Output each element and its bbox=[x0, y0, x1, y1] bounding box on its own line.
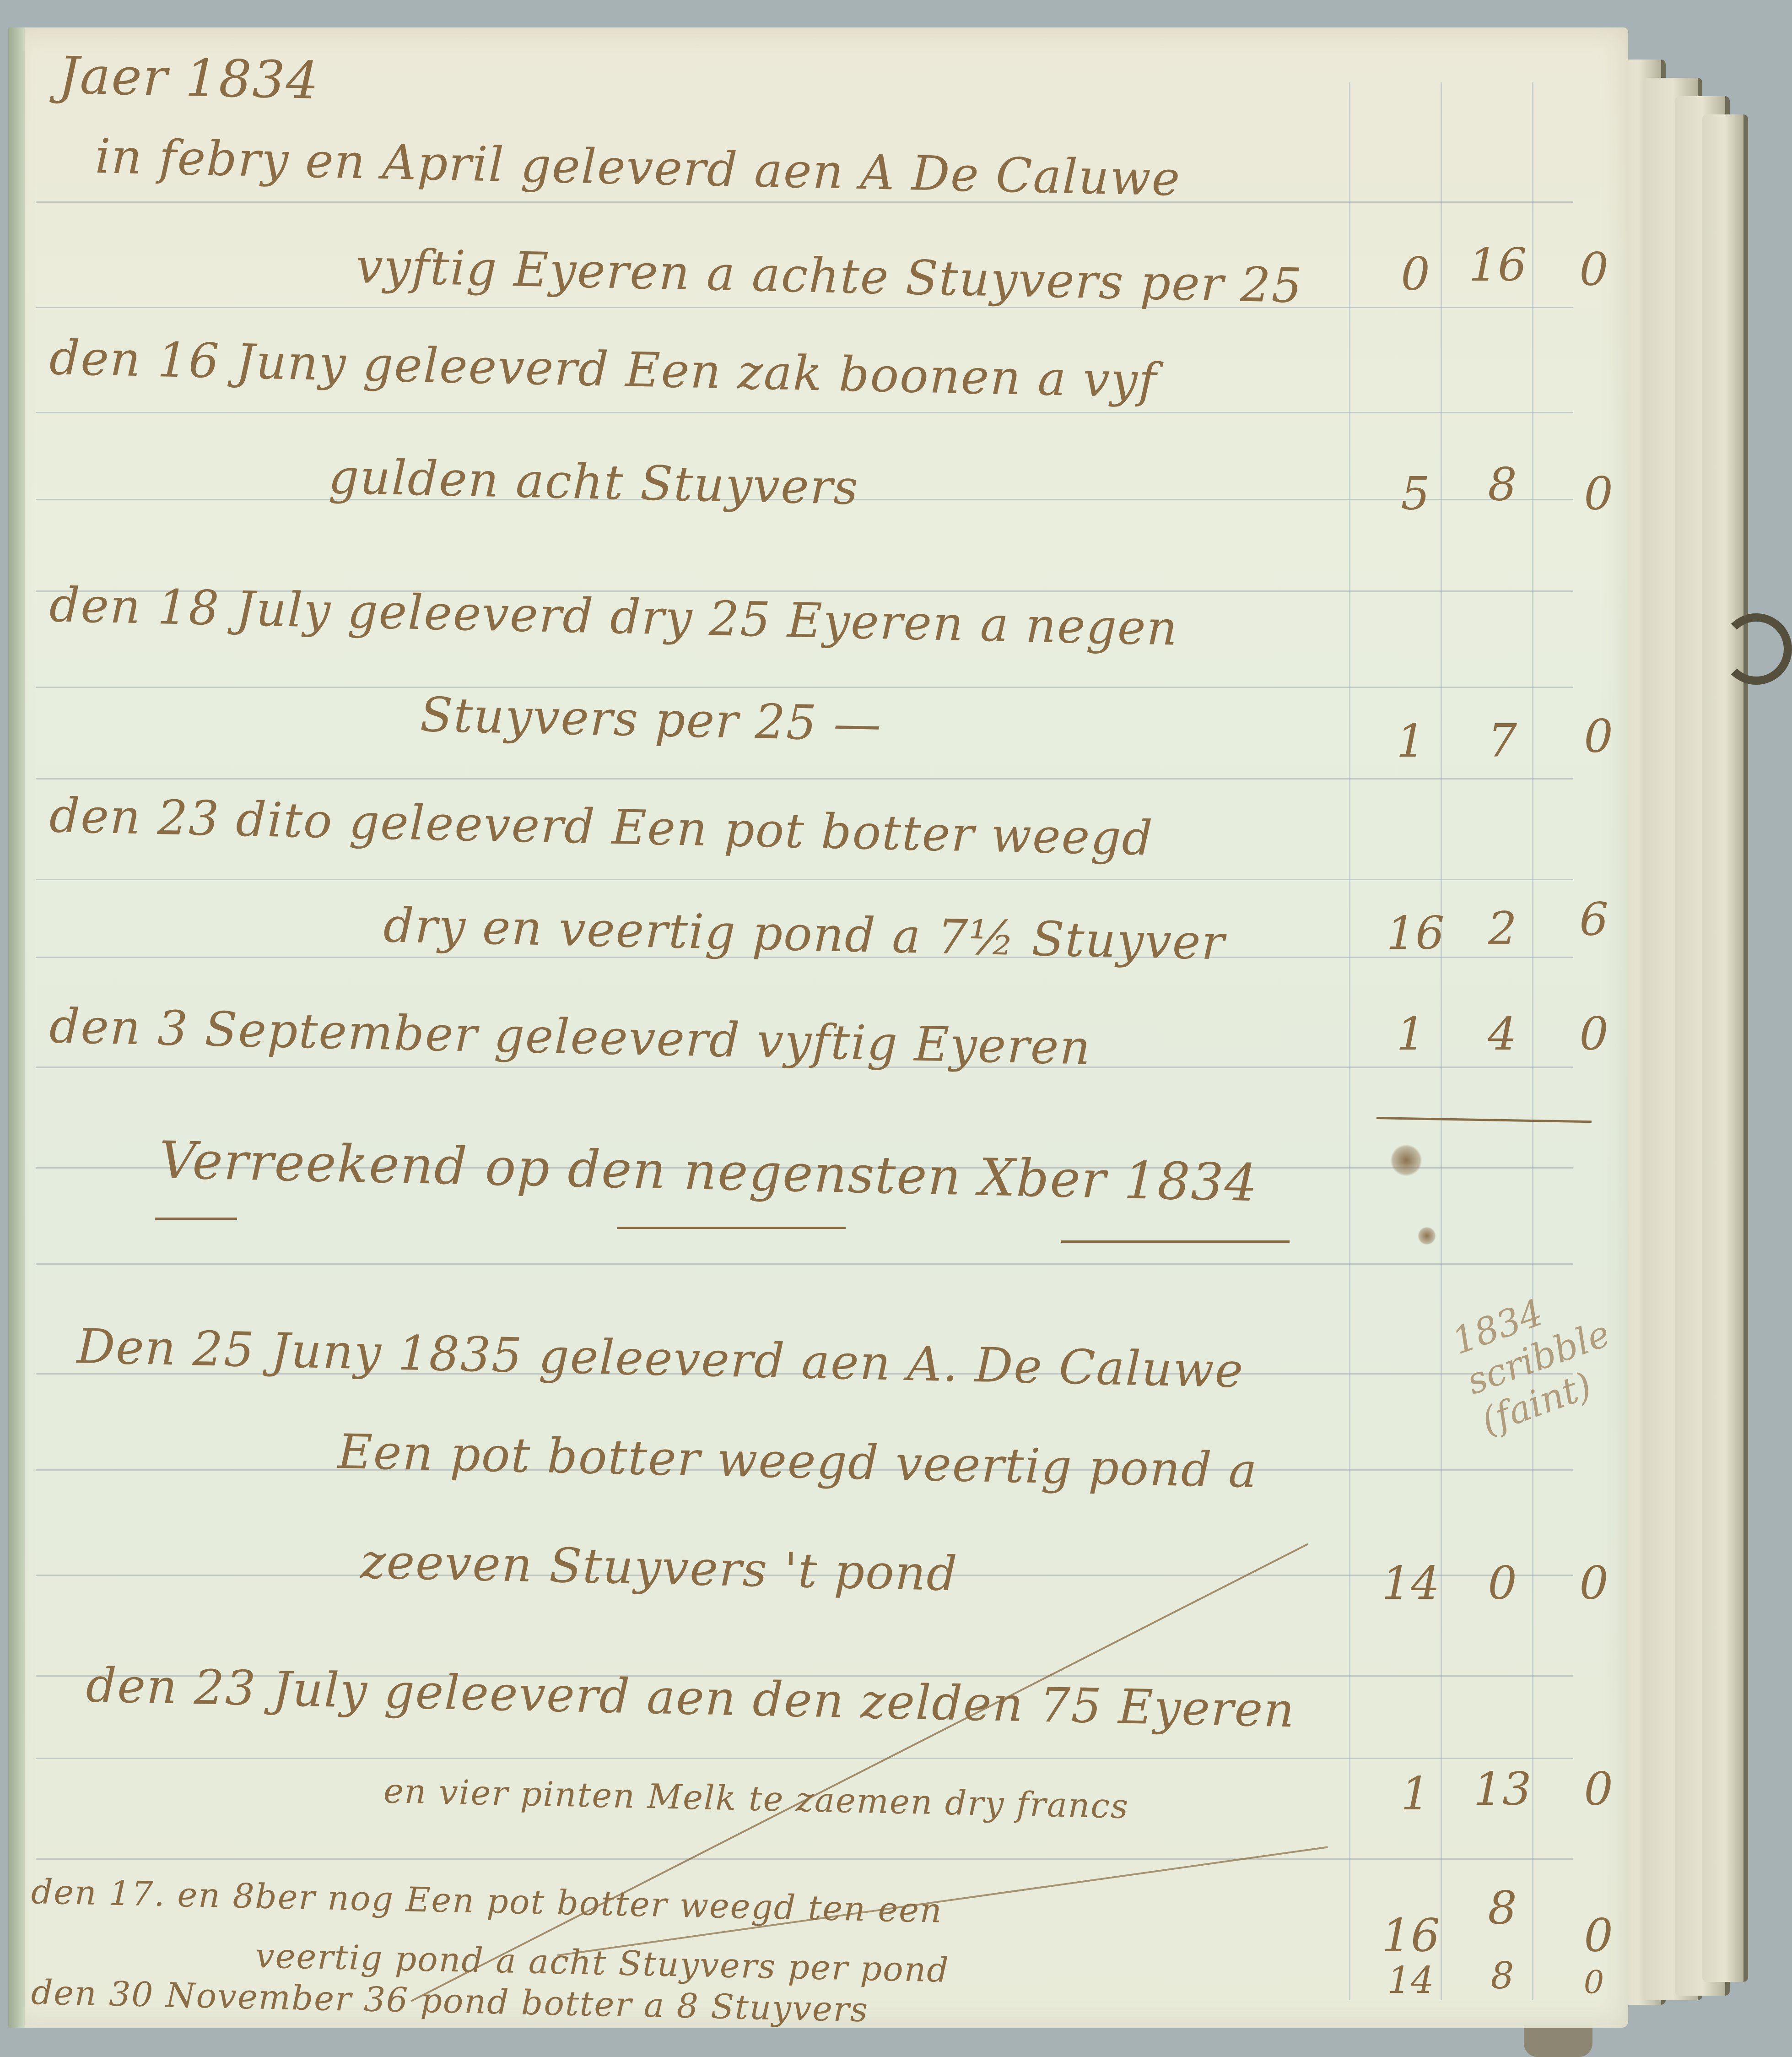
amount-column-rule bbox=[1349, 82, 1350, 2000]
separator-line bbox=[617, 1227, 846, 1229]
amount-stuivers: 2 bbox=[1463, 902, 1541, 955]
ink-blot bbox=[1418, 1227, 1436, 1245]
ruled-line bbox=[36, 778, 1573, 779]
amount-stuivers: 8 bbox=[1463, 1954, 1541, 1997]
amount-penningen: 0 bbox=[1560, 467, 1637, 520]
entry-line: Den 25 Juny 1835 geleeverd aen A. De Cal… bbox=[76, 1318, 1245, 1398]
amount-guilders: 1 bbox=[1372, 1007, 1450, 1061]
amount-stuivers: 4 bbox=[1463, 1007, 1541, 1061]
spine-gutter bbox=[8, 27, 25, 2028]
ink-blot bbox=[1390, 1144, 1422, 1176]
ruled-line bbox=[36, 687, 1573, 688]
amount-guilders: 5 bbox=[1376, 467, 1454, 520]
entry-line: Een pot botter weegd veertig pond a bbox=[337, 1424, 1258, 1499]
amount-stuivers: 16 bbox=[1459, 238, 1537, 292]
amount-stuivers: 8 bbox=[1463, 458, 1541, 511]
entry-line: gulden acht Stuyvers bbox=[328, 449, 860, 515]
amount-penningen: 0 bbox=[1555, 1964, 1633, 2001]
settlement-note: Verreekend op den negensten Xber 1834 bbox=[159, 1131, 1259, 1213]
entry-line: den 18 July geleeverd dry 25 Eyeren a ne… bbox=[49, 577, 1179, 656]
bottom-ribbon-tab bbox=[1524, 2023, 1592, 2057]
cancellation-stroke bbox=[410, 1543, 1308, 2002]
amount-penningen: 6 bbox=[1555, 893, 1633, 946]
amount-penningen: 0 bbox=[1560, 1762, 1637, 1816]
entry-line-struck: den 17. en 8ber nog Een pot botter weegd… bbox=[31, 1872, 943, 1931]
amount-penningen: 0 bbox=[1560, 709, 1637, 763]
ruled-line bbox=[36, 201, 1573, 203]
amount-guilders: 14 bbox=[1372, 1556, 1450, 1610]
amount-guilders: 14 bbox=[1372, 1959, 1450, 2002]
ruled-line bbox=[36, 412, 1573, 413]
ledger-page: Jaer 1834 in febry en April geleverd aen… bbox=[8, 27, 1628, 2028]
amount-penningen: 0 bbox=[1555, 1556, 1633, 1610]
ruled-line bbox=[36, 1858, 1573, 1860]
entry-line: Stuyvers per 25 — bbox=[420, 687, 883, 752]
binding-clasp bbox=[1721, 613, 1792, 685]
margin-scribble: 1834 scribble (faint) bbox=[1447, 1267, 1645, 1443]
ruled-line bbox=[36, 1263, 1573, 1265]
entry-line: den 23 July geleeverd aen den zelden 75 … bbox=[86, 1657, 1296, 1738]
page-title: Jaer 1834 bbox=[58, 46, 320, 111]
ruled-line bbox=[36, 879, 1573, 880]
entry-line: in febry en April geleverd aen A De Calu… bbox=[95, 128, 1182, 207]
entry-line: zeeven Stuyvers 't pond bbox=[360, 1533, 959, 1602]
entry-line: en vier pinten Melk te zaemen dry francs bbox=[383, 1771, 1129, 1826]
amount-stuivers: 7 bbox=[1463, 714, 1541, 768]
total-rule bbox=[1376, 1117, 1592, 1123]
amount-penningen: 0 bbox=[1560, 1909, 1637, 1962]
amount-guilders: 16 bbox=[1372, 1909, 1450, 1962]
settlement-underline bbox=[155, 1218, 237, 1220]
entry-line: den 3 September geleeverd vyftig Eyeren bbox=[49, 998, 1092, 1076]
amount-guilders: 1 bbox=[1376, 1767, 1454, 1820]
entry-line: den 16 Juny geleeverd Een zak boonen a v… bbox=[49, 330, 1158, 409]
ruled-line bbox=[36, 1758, 1573, 1759]
entry-line: den 23 dito geleeverd Een pot botter wee… bbox=[49, 787, 1154, 866]
page-edge bbox=[1702, 114, 1748, 1982]
amount-stuivers: 0 bbox=[1463, 1556, 1541, 1610]
amount-stuivers: 13 bbox=[1463, 1762, 1541, 1816]
amount-guilders: 0 bbox=[1376, 247, 1454, 301]
ruled-line bbox=[36, 307, 1573, 308]
amount-penningen: 0 bbox=[1555, 243, 1633, 296]
entry-line: vyftig Eyeren a achte Stuyvers per 25 bbox=[356, 238, 1303, 314]
entry-line: dry en veertig pond a 7½ Stuyver bbox=[383, 897, 1226, 970]
amount-guilders: 1 bbox=[1372, 714, 1450, 768]
amount-penningen: 0 bbox=[1555, 1007, 1633, 1061]
separator-line bbox=[1061, 1240, 1290, 1243]
amount-stuivers: 8 bbox=[1463, 1881, 1541, 1935]
amount-guilders: 16 bbox=[1376, 906, 1454, 960]
